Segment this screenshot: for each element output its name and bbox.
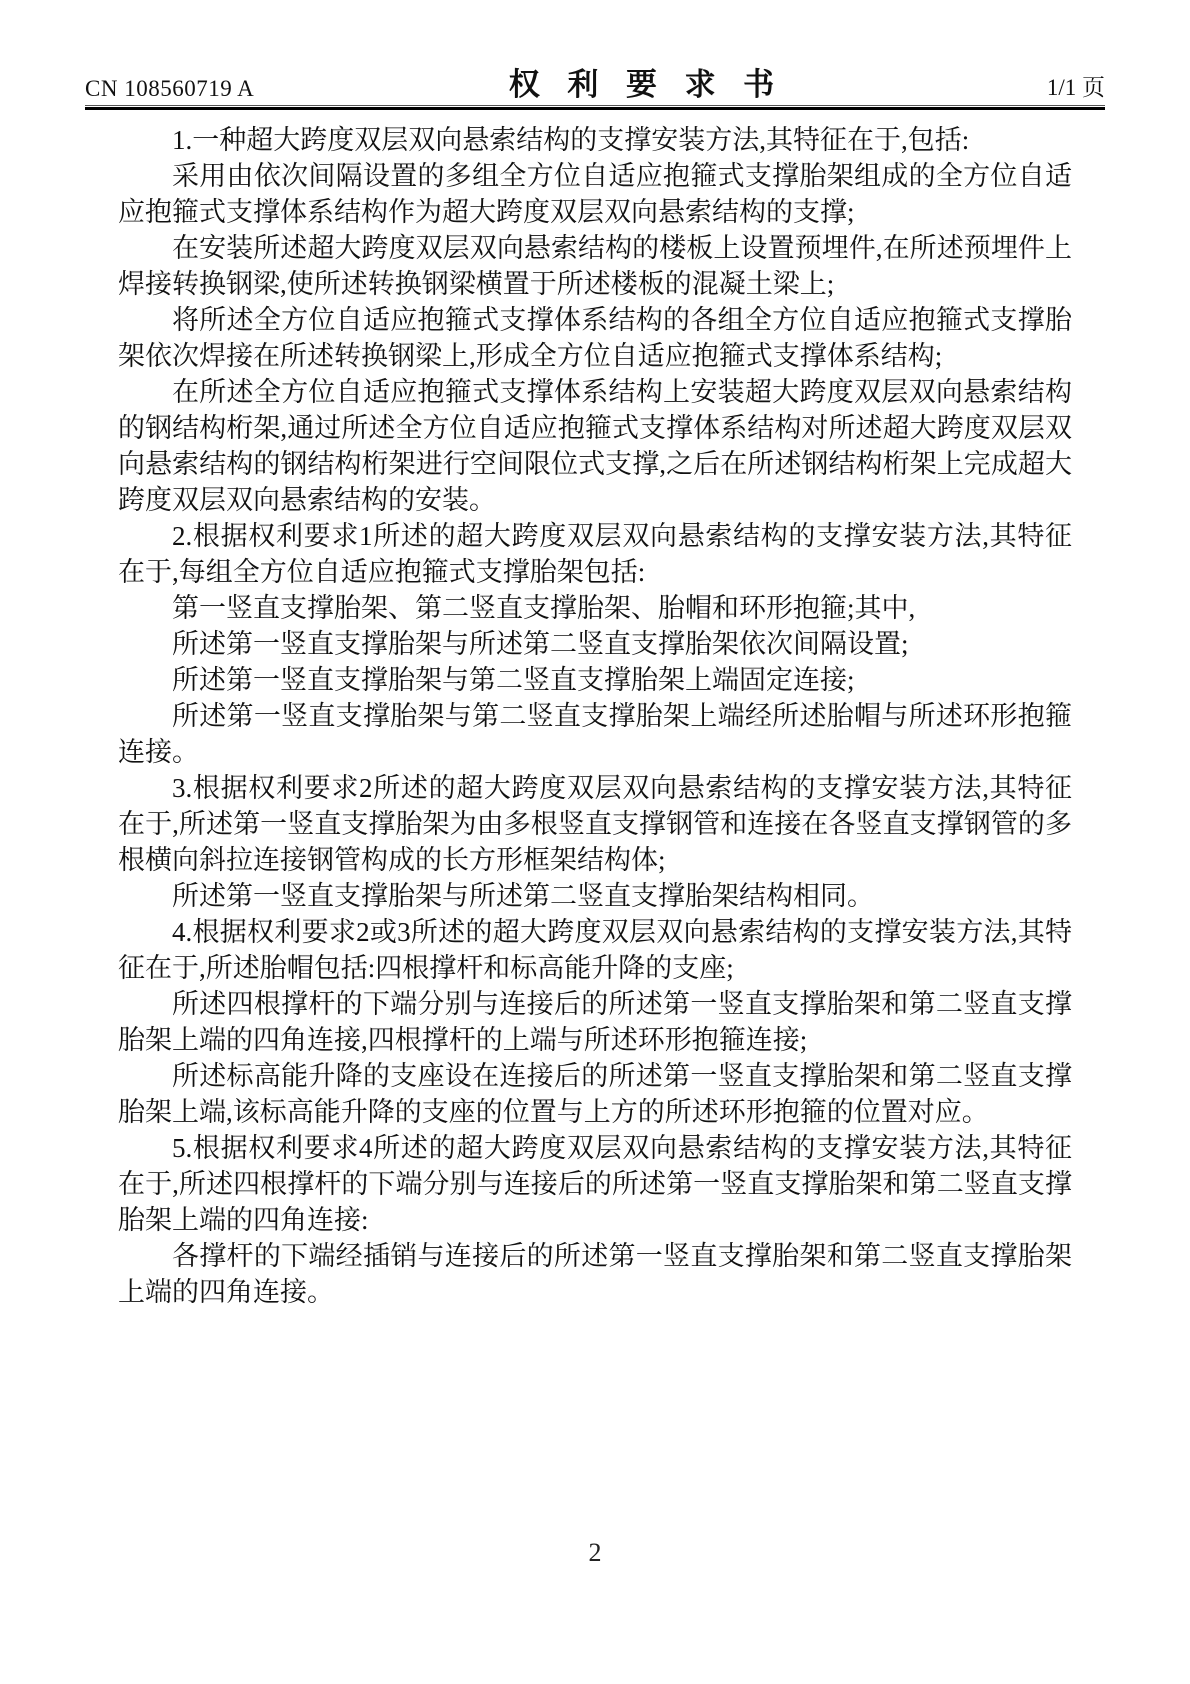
claim-paragraph: 所述第一竖直支撑胎架与第二竖直支撑胎架上端固定连接;	[118, 662, 1072, 698]
claim-paragraph: 2.根据权利要求1所述的超大跨度双层双向悬索结构的支撑安装方法,其特征在于,每组…	[118, 518, 1072, 590]
header-rule	[85, 105, 1105, 110]
page-indicator: 1/1 页	[1047, 69, 1105, 104]
claim-paragraph: 所述四根撑杆的下端分别与连接后的所述第一竖直支撑胎架和第二竖直支撑胎架上端的四角…	[118, 986, 1072, 1058]
page-title: 权 利 要 求 书	[509, 59, 784, 104]
claim-paragraph: 1.一种超大跨度双层双向悬索结构的支撑安装方法,其特征在于,包括:	[118, 122, 1072, 158]
claim-paragraph: 所述第一竖直支撑胎架与所述第二竖直支撑胎架结构相同。	[118, 878, 1072, 914]
claim-paragraph: 4.根据权利要求2或3所述的超大跨度双层双向悬索结构的支撑安装方法,其特征在于,…	[118, 914, 1072, 986]
claim-paragraph: 在所述全方位自适应抱箍式支撑体系结构上安装超大跨度双层双向悬索结构的钢结构桁架,…	[118, 374, 1072, 518]
claim-paragraph: 各撑杆的下端经插销与连接后的所述第一竖直支撑胎架和第二竖直支撑胎架上端的四角连接…	[118, 1238, 1072, 1310]
page-number: 2	[589, 1538, 602, 1567]
page-footer: 2	[0, 1538, 1190, 1568]
claim-paragraph: 在安装所述超大跨度双层双向悬索结构的楼板上设置预埋件,在所述预埋件上焊接转换钢梁…	[118, 230, 1072, 302]
claim-paragraph: 所述第一竖直支撑胎架与所述第二竖直支撑胎架依次间隔设置;	[118, 626, 1072, 662]
claim-paragraph: 所述第一竖直支撑胎架与第二竖直支撑胎架上端经所述胎帽与所述环形抱箍连接。	[118, 698, 1072, 770]
claim-paragraph: 所述标高能升降的支座设在连接后的所述第一竖直支撑胎架和第二竖直支撑胎架上端,该标…	[118, 1058, 1072, 1130]
patent-claims-page: CN 108560719 A 权 利 要 求 书 1/1 页 1.一种超大跨度双…	[0, 0, 1190, 1684]
page-header: CN 108560719 A 权 利 要 求 书 1/1 页	[85, 62, 1105, 104]
claim-paragraph: 采用由依次间隔设置的多组全方位自适应抱箍式支撑胎架组成的全方位自适应抱箍式支撑体…	[118, 158, 1072, 230]
claim-paragraph: 第一竖直支撑胎架、第二竖直支撑胎架、胎帽和环形抱箍;其中,	[118, 590, 1072, 626]
claim-paragraph: 将所述全方位自适应抱箍式支撑体系结构的各组全方位自适应抱箍式支撑胎架依次焊接在所…	[118, 302, 1072, 374]
claim-paragraph: 3.根据权利要求2所述的超大跨度双层双向悬索结构的支撑安装方法,其特征在于,所述…	[118, 770, 1072, 878]
document-number: CN 108560719 A	[85, 76, 254, 104]
claim-paragraph: 5.根据权利要求4所述的超大跨度双层双向悬索结构的支撑安装方法,其特征在于,所述…	[118, 1130, 1072, 1238]
claims-text-block: 1.一种超大跨度双层双向悬索结构的支撑安装方法,其特征在于,包括:采用由依次间隔…	[118, 122, 1072, 1310]
